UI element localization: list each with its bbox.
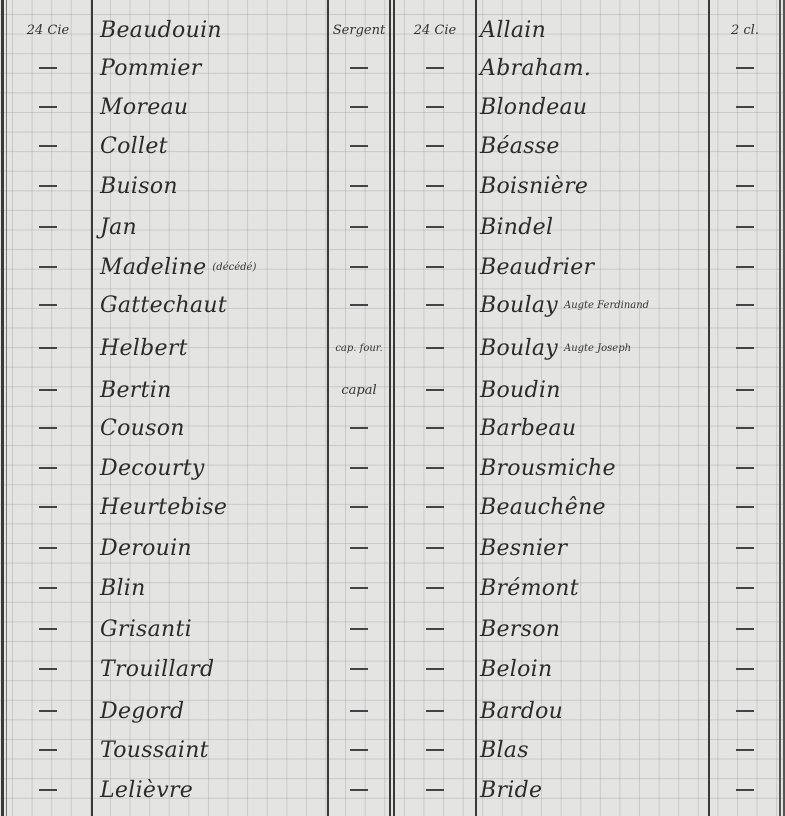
rank-cell: Sergent <box>330 10 388 50</box>
dash-mark <box>736 145 754 147</box>
company-cell <box>396 285 474 325</box>
company-cell <box>6 87 90 127</box>
surname-cell: Beaudouin <box>100 10 325 50</box>
surname: Boisnière <box>480 174 588 199</box>
rank-cell <box>712 609 778 649</box>
surname: Beaudrier <box>480 255 594 280</box>
rank-cell: 2 cl. <box>712 10 778 50</box>
dash-mark <box>350 427 368 429</box>
surname-cell: Derouin <box>100 528 325 568</box>
company-cell <box>396 328 474 368</box>
surname-cell: Blas <box>480 730 706 770</box>
dash-mark <box>736 304 754 306</box>
dash-mark <box>736 389 754 391</box>
surname-cell: Brémont <box>480 568 706 608</box>
dash-mark <box>350 789 368 791</box>
rank-cell <box>712 370 778 410</box>
dash-mark <box>350 628 368 630</box>
dash-mark <box>39 389 57 391</box>
surname-cell: Besnier <box>480 528 706 568</box>
company-cell <box>6 448 90 488</box>
surname: Degord <box>100 699 184 724</box>
rank2-text: 2 cl. <box>731 23 759 38</box>
surname: Derouin <box>100 536 192 561</box>
surname: Madeline <box>100 255 206 280</box>
ledger-row: Madeline(décédé)Beaudrier <box>0 247 785 287</box>
surname-cell: Lelièvre <box>100 770 325 810</box>
dash-mark <box>426 106 444 108</box>
surname: Boudin <box>480 378 561 403</box>
ledger-row: BlinBrémont <box>0 568 785 608</box>
rank-cell <box>330 126 388 166</box>
company-cell <box>396 730 474 770</box>
surname: Bardou <box>480 699 563 724</box>
dash-mark <box>426 304 444 306</box>
company-cell <box>396 609 474 649</box>
ledger-row: LelièvreBride <box>0 770 785 810</box>
dash-mark <box>426 185 444 187</box>
dash-mark <box>350 467 368 469</box>
company-cell <box>396 247 474 287</box>
company-cell <box>6 207 90 247</box>
dash-mark <box>736 789 754 791</box>
dash-mark <box>426 789 444 791</box>
surname-cell: Helbert <box>100 328 325 368</box>
ledger-row: TrouillardBeloin <box>0 649 785 689</box>
surname-cell: Buison <box>100 166 325 206</box>
company-cell <box>6 247 90 287</box>
surname-cell: Bardou <box>480 691 706 731</box>
surname-cell: Grisanti <box>100 609 325 649</box>
ledger-row: GattechautBoulayAugte Ferdinand <box>0 285 785 325</box>
rank-cell <box>330 691 388 731</box>
rank-cell <box>330 730 388 770</box>
surname-cell: Trouillard <box>100 649 325 689</box>
dash-mark <box>426 710 444 712</box>
rank-cell <box>330 448 388 488</box>
surname: Jan <box>100 215 137 240</box>
dash-mark <box>736 266 754 268</box>
surname: Heurtebise <box>100 495 227 520</box>
company-cell <box>6 528 90 568</box>
company-cell <box>396 126 474 166</box>
surname: Pommier <box>100 56 202 81</box>
dash-mark <box>350 185 368 187</box>
rank-cell <box>330 568 388 608</box>
surname: Beloin <box>480 657 552 682</box>
dash-mark <box>426 266 444 268</box>
rank-cell <box>712 285 778 325</box>
surname: Berson <box>480 617 560 642</box>
company-cell <box>396 370 474 410</box>
dash-mark <box>426 587 444 589</box>
rank-cell <box>330 528 388 568</box>
surname-cell: Moreau <box>100 87 325 127</box>
surname-cell: BoulayAugte Joseph <box>480 328 706 368</box>
dash-mark <box>350 266 368 268</box>
dash-mark <box>39 749 57 751</box>
ledger-row: Helbertcap. four.BoulayAugte Joseph <box>0 328 785 368</box>
surname-cell: Bride <box>480 770 706 810</box>
rank-cell <box>712 207 778 247</box>
ledger-row: ToussaintBlas <box>0 730 785 770</box>
annotation: (décédé) <box>212 262 256 273</box>
dash-mark <box>350 506 368 508</box>
company-cell <box>6 609 90 649</box>
rank-cell <box>712 770 778 810</box>
dash-mark <box>39 467 57 469</box>
rank-cell <box>712 448 778 488</box>
surname: Grisanti <box>100 617 192 642</box>
surname: Besnier <box>480 536 567 561</box>
company-cell <box>6 487 90 527</box>
rank-cell <box>330 649 388 689</box>
dash-mark <box>39 304 57 306</box>
dash-mark <box>426 749 444 751</box>
surname-cell: Abraham. <box>480 48 706 88</box>
ledger-row: BertincapalBoudin <box>0 370 785 410</box>
company-cell <box>396 770 474 810</box>
rank-cell <box>712 126 778 166</box>
surname: Blondeau <box>480 95 587 120</box>
ledger-row: DegordBardou <box>0 691 785 731</box>
rank-cell <box>330 487 388 527</box>
dash-mark <box>736 226 754 228</box>
surname: Bertin <box>100 378 172 403</box>
company-cell <box>6 285 90 325</box>
dash-mark <box>350 668 368 670</box>
rank-cell: capal <box>330 370 388 410</box>
rank-cell <box>330 247 388 287</box>
surname-cell: Boudin <box>480 370 706 410</box>
rank-cell <box>712 568 778 608</box>
rank-cell <box>712 166 778 206</box>
dash-mark <box>736 67 754 69</box>
dash-mark <box>736 587 754 589</box>
company-cell: 24 Cie <box>396 10 474 50</box>
ledger-row: GrisantiBerson <box>0 609 785 649</box>
company-cell <box>6 126 90 166</box>
dash-mark <box>736 106 754 108</box>
dash-mark <box>736 185 754 187</box>
surname-cell: Barbeau <box>480 408 706 448</box>
dash-mark <box>426 668 444 670</box>
dash-mark <box>736 427 754 429</box>
surname: Beauchêne <box>480 495 606 520</box>
surname: Bride <box>480 778 542 803</box>
dash-mark <box>736 506 754 508</box>
rank-cell <box>330 770 388 810</box>
ledger-row: 24 CieBeaudouinSergent24 CieAllain2 cl. <box>0 10 785 50</box>
annotation: Augte Ferdinand <box>564 300 649 311</box>
dash-mark <box>39 789 57 791</box>
company-cell <box>396 87 474 127</box>
company-cell <box>396 408 474 448</box>
surname: Toussaint <box>100 738 209 763</box>
rank-cell <box>712 328 778 368</box>
surname: Bindel <box>480 215 553 240</box>
rank-cell <box>330 166 388 206</box>
surname-cell: Decourty <box>100 448 325 488</box>
rank-cell <box>712 247 778 287</box>
class1-text: 24 Cie <box>27 23 69 38</box>
rank1-text: capal <box>341 383 376 398</box>
surname: Beaudouin <box>100 18 222 43</box>
company-cell <box>396 48 474 88</box>
company-cell <box>6 408 90 448</box>
rank-cell <box>330 48 388 88</box>
company-cell: 24 Cie <box>6 10 90 50</box>
surname: Abraham. <box>480 56 591 81</box>
company-cell <box>396 166 474 206</box>
dash-mark <box>39 145 57 147</box>
surname: Decourty <box>100 456 205 481</box>
dash-mark <box>736 749 754 751</box>
dash-mark <box>39 587 57 589</box>
surname-cell: Pommier <box>100 48 325 88</box>
dash-mark <box>736 467 754 469</box>
dash-mark <box>350 304 368 306</box>
ledger-row: JanBindel <box>0 207 785 247</box>
dash-mark <box>39 67 57 69</box>
company-cell <box>396 691 474 731</box>
ledger-row: HeurtebiseBeauchêne <box>0 487 785 527</box>
rank1-text: Sergent <box>333 23 385 38</box>
dash-mark <box>39 668 57 670</box>
rank-cell <box>712 87 778 127</box>
ledger-row: PommierAbraham. <box>0 48 785 88</box>
dash-mark <box>736 628 754 630</box>
surname: Brémont <box>480 576 579 601</box>
surname: Boulay <box>480 293 558 318</box>
company-cell <box>6 691 90 731</box>
surname-cell: Bertin <box>100 370 325 410</box>
dash-mark <box>39 427 57 429</box>
dash-mark <box>426 628 444 630</box>
company-cell <box>6 166 90 206</box>
company-cell <box>6 48 90 88</box>
dash-mark <box>39 628 57 630</box>
surname-cell: Heurtebise <box>100 487 325 527</box>
ledger-row: MoreauBlondeau <box>0 87 785 127</box>
dash-mark <box>350 547 368 549</box>
class2-text: 24 Cie <box>414 23 456 38</box>
company-cell <box>396 487 474 527</box>
rank-cell <box>330 87 388 127</box>
surname-cell: Jan <box>100 207 325 247</box>
rank-cell <box>712 691 778 731</box>
surname: Buison <box>100 174 178 199</box>
ledger-row: DerouinBesnier <box>0 528 785 568</box>
company-cell <box>6 370 90 410</box>
surname: Boulay <box>480 336 558 361</box>
surname-cell: Beloin <box>480 649 706 689</box>
company-cell <box>6 328 90 368</box>
dash-mark <box>350 106 368 108</box>
dash-mark <box>350 67 368 69</box>
surname: Brousmiche <box>480 456 616 481</box>
ledger-row: DecourtyBrousmiche <box>0 448 785 488</box>
surname-cell: Allain <box>480 10 706 50</box>
dash-mark <box>350 710 368 712</box>
surname: Lelièvre <box>100 778 193 803</box>
dash-mark <box>39 226 57 228</box>
surname-cell: Brousmiche <box>480 448 706 488</box>
company-cell <box>396 649 474 689</box>
company-cell <box>6 568 90 608</box>
rank-cell <box>712 487 778 527</box>
ledger-row: BuisonBoisnière <box>0 166 785 206</box>
company-cell <box>6 770 90 810</box>
company-cell <box>6 649 90 689</box>
dash-mark <box>39 106 57 108</box>
surname: Trouillard <box>100 657 214 682</box>
dash-mark <box>426 347 444 349</box>
dash-mark <box>736 668 754 670</box>
company-cell <box>396 207 474 247</box>
dash-mark <box>39 506 57 508</box>
ledger-row: CousonBarbeau <box>0 408 785 448</box>
surname-cell: Degord <box>100 691 325 731</box>
dash-mark <box>350 145 368 147</box>
dash-mark <box>39 347 57 349</box>
company-cell <box>396 448 474 488</box>
surname-cell: BoulayAugte Ferdinand <box>480 285 706 325</box>
surname-cell: Beaudrier <box>480 247 706 287</box>
surname-cell: Gattechaut <box>100 285 325 325</box>
rank-cell: cap. four. <box>330 328 388 368</box>
company-cell <box>6 730 90 770</box>
surname-cell: Bindel <box>480 207 706 247</box>
ledger-table: 24 CieBeaudouinSergent24 CieAllain2 cl.P… <box>0 0 785 816</box>
surname-cell: Berson <box>480 609 706 649</box>
surname: Gattechaut <box>100 293 227 318</box>
dash-mark <box>426 427 444 429</box>
company-cell <box>396 568 474 608</box>
dash-mark <box>426 145 444 147</box>
dash-mark <box>426 226 444 228</box>
dash-mark <box>39 547 57 549</box>
dash-mark <box>350 587 368 589</box>
surname: Collet <box>100 134 168 159</box>
surname-cell: Béasse <box>480 126 706 166</box>
dash-mark <box>736 547 754 549</box>
dash-mark <box>426 389 444 391</box>
dash-mark <box>426 506 444 508</box>
dash-mark <box>350 749 368 751</box>
surname-cell: Boisnière <box>480 166 706 206</box>
company-cell <box>396 528 474 568</box>
dash-mark <box>39 710 57 712</box>
surname-cell: Collet <box>100 126 325 166</box>
surname: Allain <box>480 18 546 43</box>
surname: Helbert <box>100 336 188 361</box>
surname: Moreau <box>100 95 188 120</box>
surname-cell: Toussaint <box>100 730 325 770</box>
surname: Couson <box>100 416 185 441</box>
dash-mark <box>39 185 57 187</box>
rank-cell <box>330 408 388 448</box>
rank-cell <box>712 649 778 689</box>
dash-mark <box>39 266 57 268</box>
surname-cell: Beauchêne <box>480 487 706 527</box>
surname-cell: Madeline(décédé) <box>100 247 325 287</box>
rank-cell <box>330 285 388 325</box>
rank-cell <box>712 730 778 770</box>
surname: Barbeau <box>480 416 576 441</box>
surname: Blin <box>100 576 146 601</box>
annotation: Augte Joseph <box>564 343 631 354</box>
ledger-row: ColletBéasse <box>0 126 785 166</box>
dash-mark <box>736 710 754 712</box>
rank-cell <box>712 48 778 88</box>
surname-cell: Blin <box>100 568 325 608</box>
dash-mark <box>426 467 444 469</box>
rank1-text: cap. four. <box>335 343 382 354</box>
surname: Blas <box>480 738 529 763</box>
rank-cell <box>712 408 778 448</box>
dash-mark <box>350 226 368 228</box>
surname-cell: Couson <box>100 408 325 448</box>
dash-mark <box>426 547 444 549</box>
surname: Béasse <box>480 134 560 159</box>
rank-cell <box>330 207 388 247</box>
rank-cell <box>712 528 778 568</box>
dash-mark <box>426 67 444 69</box>
surname-cell: Blondeau <box>480 87 706 127</box>
dash-mark <box>736 347 754 349</box>
rank-cell <box>330 609 388 649</box>
